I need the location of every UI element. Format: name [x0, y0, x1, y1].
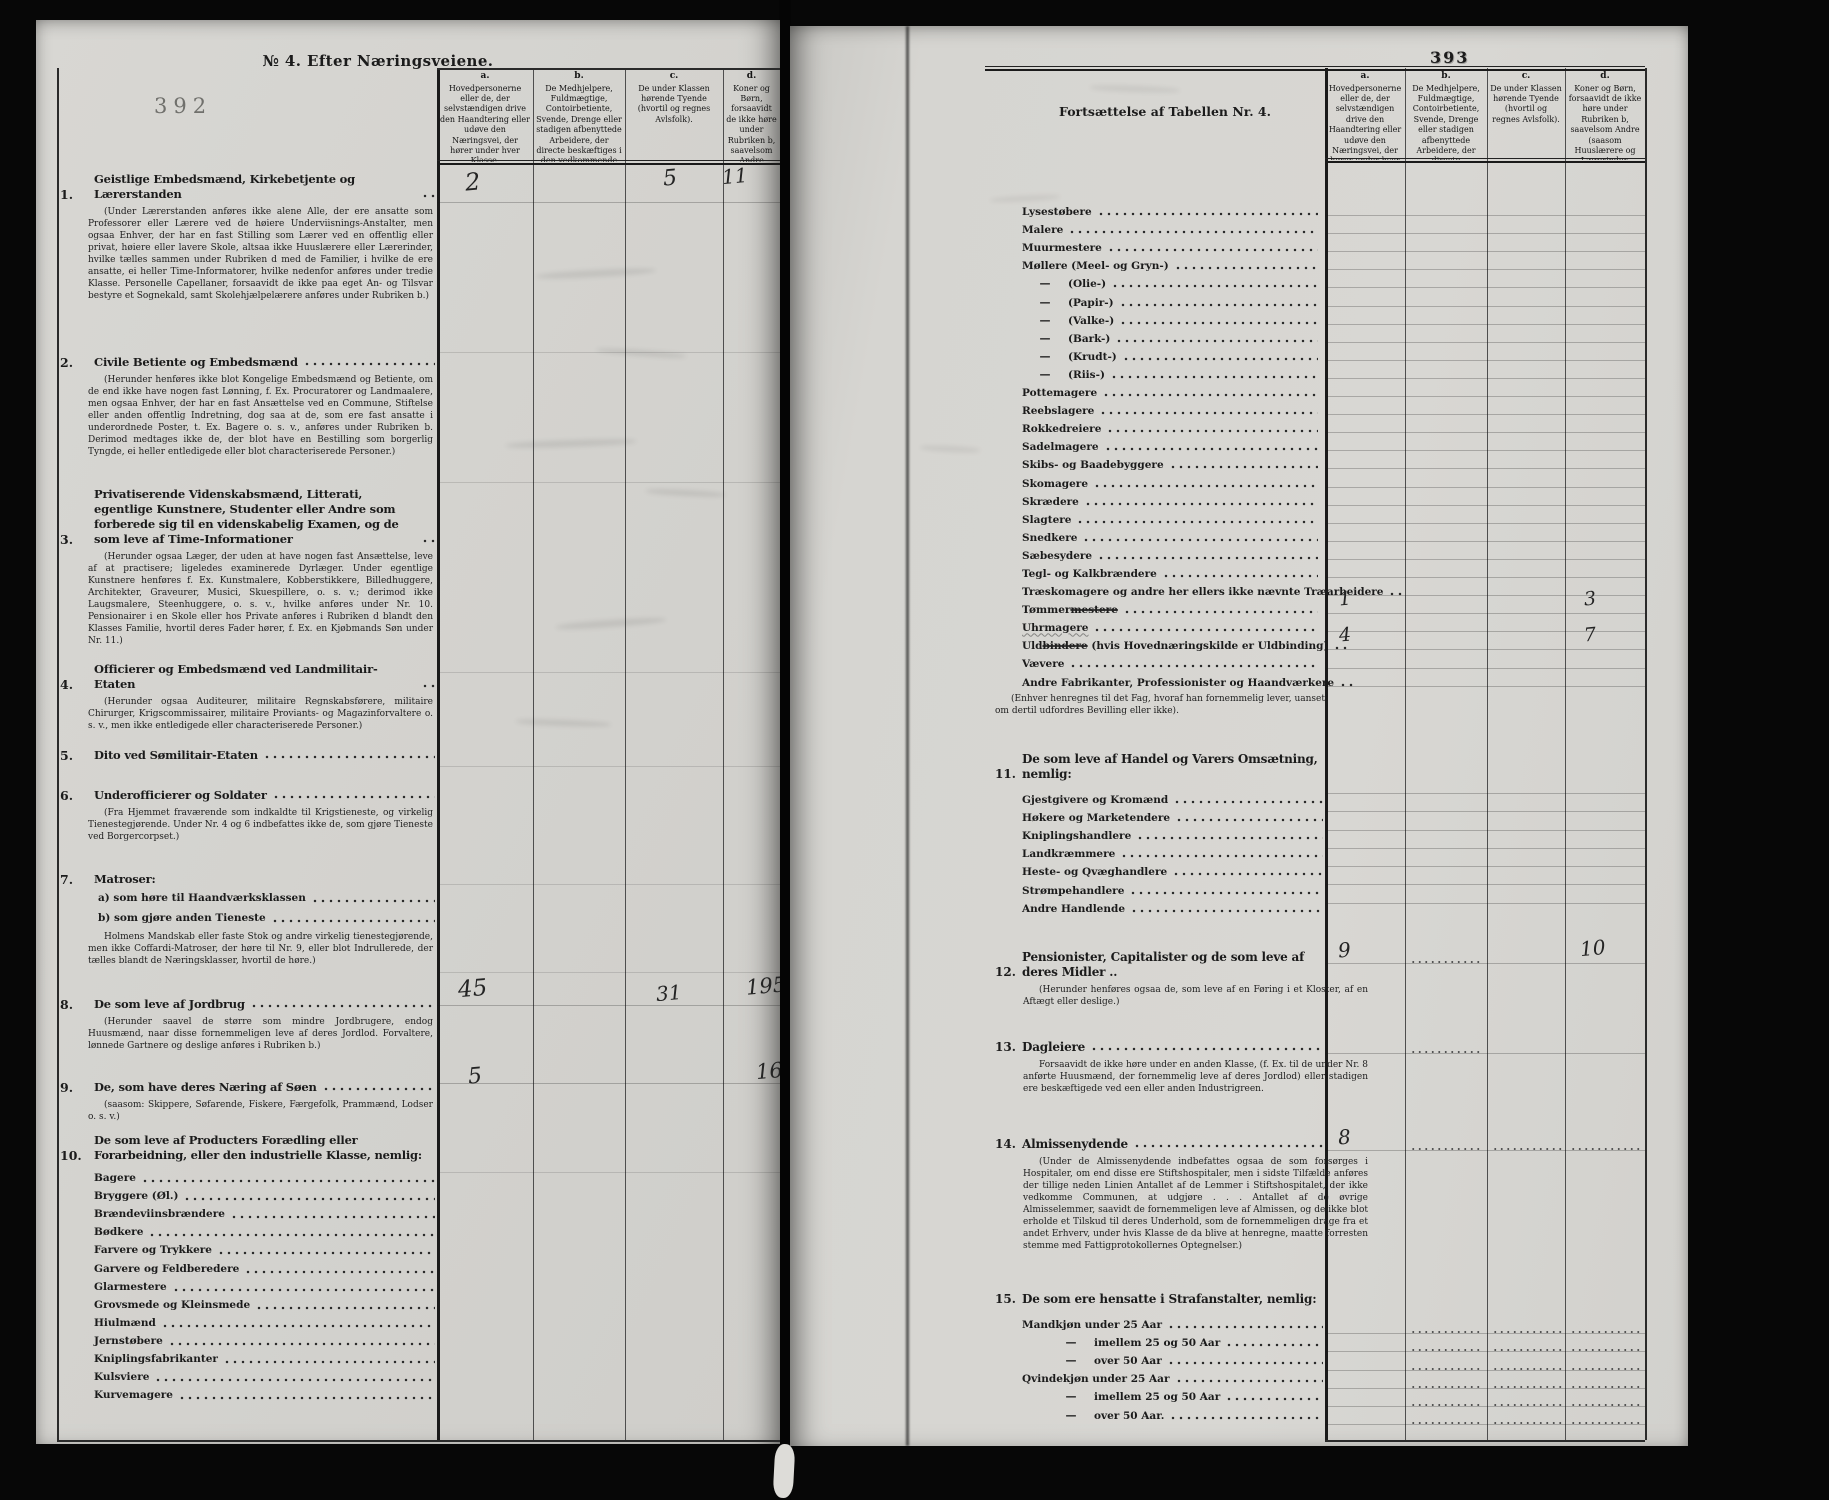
dot-leader: [1107, 245, 1318, 255]
row-line: [1325, 866, 1645, 867]
item-row: 15.De som ere hensatte i Strafanstalter,…: [995, 1292, 1325, 1424]
dot-leader: [1082, 535, 1318, 545]
dot-leader: [421, 191, 435, 201]
dot-leader: [1120, 851, 1323, 861]
column-header-text: De Medhjelpere, Fuldmægtige, Contoirbeti…: [1410, 84, 1482, 160]
row-line: [1325, 793, 1645, 794]
dot-leader: [1102, 390, 1318, 400]
dot-leader: [154, 1375, 435, 1385]
list-item: Bryggere (Øl.): [94, 1187, 437, 1205]
left-page: 392 № 4. Efter Næringsveiene. a.Hovedper…: [36, 20, 780, 1444]
item-title: Underofficierer og Soldater: [94, 788, 267, 803]
item-title: Officierer og Embedsmænd ved Landmilitai…: [94, 662, 416, 692]
row-line: [1325, 577, 1645, 578]
dot-leader: [1129, 888, 1323, 898]
sub-item-label: over 50 Aar.: [1094, 1408, 1164, 1424]
sub-item-label: Høkere og Marketendere: [1022, 810, 1170, 826]
trade-row: Lysestøbere: [1022, 202, 1320, 220]
item-title: De som leve af Jordbrug: [94, 997, 245, 1012]
ink-bleed-smudge: [556, 616, 666, 631]
dot-leader: [1090, 1044, 1323, 1054]
dotted-cell: [1492, 1383, 1562, 1391]
item-number: 9.: [60, 1080, 94, 1095]
dot-leader: [178, 1393, 435, 1403]
row-line: [437, 766, 780, 767]
page-fold-shadow: [906, 26, 909, 1446]
row-line: [437, 1172, 780, 1173]
row-line: [1325, 903, 1645, 904]
row-line: [1325, 613, 1645, 614]
dot-leader: [1104, 444, 1318, 454]
dot-leader: [1174, 263, 1318, 273]
trade-row: Sadelmagere: [1022, 437, 1320, 455]
item-note: (Under Lærerstanden anføres ikke alene A…: [88, 206, 433, 302]
row-line: [1325, 523, 1645, 524]
dotted-cell: [1570, 1419, 1640, 1427]
trade-label: Vævere: [1022, 656, 1064, 672]
dot-leader: [1175, 1376, 1324, 1386]
row-line: [437, 884, 780, 885]
dot-leader: [1172, 869, 1323, 879]
dotted-cell: [1410, 1401, 1482, 1409]
grid-hline: [437, 160, 780, 161]
dotted-cell: [1410, 1419, 1482, 1427]
sub-item: Høkere og Marketendere: [1022, 808, 1325, 826]
dot-leader: [271, 916, 435, 926]
row-line: [1325, 848, 1645, 849]
list-item-label: Hiulmænd: [94, 1315, 156, 1332]
item-title: Dagleiere: [1022, 1040, 1085, 1055]
trade-row: Skibs- og Baadebyggere: [1022, 455, 1320, 473]
column-header-letter: c.: [1490, 71, 1562, 83]
dot-leader: [1097, 209, 1318, 219]
column-header-letter: a.: [440, 71, 530, 83]
trade-row: Uhrmagere: [1022, 618, 1320, 636]
handwritten-value: 7: [1583, 624, 1597, 647]
ink-bleed-smudge: [506, 438, 636, 450]
trade-label: Reebslagere: [1022, 403, 1094, 419]
list-item: Brændeviinsbrændere: [94, 1205, 437, 1223]
row-line: [1325, 811, 1645, 812]
handwritten-value: 3: [1583, 588, 1597, 611]
ink-bleed-smudge: [536, 267, 656, 280]
sub-item-label: Strømpehandlere: [1022, 883, 1124, 899]
dot-leader: [303, 359, 435, 369]
dot-leader: [255, 1303, 435, 1313]
row-line: [1325, 378, 1645, 379]
row-line: [437, 482, 780, 483]
grid-vline: [533, 68, 534, 1440]
row-line: [1325, 342, 1645, 343]
row-line: [437, 1083, 780, 1084]
item-title-row: 12.Pensionister, Capitalister og de som …: [995, 950, 1325, 980]
trade-row: Snedkere: [1022, 528, 1320, 546]
ink-bleed-smudge: [596, 347, 686, 359]
handwritten-value: 45: [457, 975, 488, 1003]
grid-hline: [985, 66, 1645, 67]
item-row: 2.Civile Betiente og Embedsmænd(Herunder…: [60, 355, 437, 458]
column-header-text: De under Klassen hørende Tyende (hvortil…: [1490, 84, 1562, 124]
dash-mark: —: [1022, 313, 1068, 329]
dot-leader: [217, 1248, 435, 1258]
trade-label: Tømmermestere: [1022, 602, 1118, 618]
trade-note: (Enhver henregnes til det Fag, hvoraf ha…: [995, 693, 1325, 717]
dotted-cell: [1570, 1346, 1640, 1354]
item-number: 13.: [995, 1040, 1022, 1055]
item-title: Almissenydende: [1022, 1137, 1128, 1152]
trade-label: Snedkere: [1022, 530, 1077, 546]
column-header-letter: d.: [726, 71, 777, 83]
item-number: 15.: [995, 1292, 1022, 1307]
item-title-row: 7.Matroser:: [60, 872, 437, 887]
item-row: 6.Underofficierer og Soldater(Fra Hjemme…: [60, 788, 437, 843]
dot-leader: [161, 1321, 435, 1331]
trade-label: Skibs- og Baadebyggere: [1022, 457, 1164, 473]
sub-item: a) som høre til Haandværksklassen: [98, 887, 437, 907]
sub-item-label: imellem 25 og 50 Aar: [1094, 1335, 1220, 1351]
dot-leader: [421, 536, 435, 546]
trade-label: (Riis-): [1068, 367, 1105, 383]
item-row: 8.De som leve af Jordbrug(Herunder saave…: [60, 997, 437, 1052]
dot-leader: [322, 1084, 435, 1094]
item-note: Forsaavidt de ikke høre under en anden K…: [1023, 1059, 1368, 1095]
item-number: 7.: [60, 872, 94, 887]
row-line: [1325, 450, 1645, 451]
item-number: 1.: [60, 187, 94, 202]
sub-item-label: Qvindekjøn under 25 Aar: [1022, 1371, 1170, 1387]
trade-label-struck: bindere: [1043, 640, 1088, 652]
right-page-number: 393: [1430, 48, 1469, 67]
dotted-cell: [1570, 1401, 1640, 1409]
sub-list: Mandkjøn under 25 Aar—imellem 25 og 50 A…: [1022, 1315, 1325, 1424]
dot-leader: [421, 681, 435, 691]
row-line: [1325, 541, 1645, 542]
handwritten-value: 4: [1338, 624, 1352, 647]
sub-list: Gjestgivere og KromændHøkere og Marketen…: [1022, 790, 1325, 917]
dot-leader: [1133, 1141, 1323, 1151]
item-title-row: 9.De, som have deres Næring af Søen: [60, 1080, 437, 1095]
sub-item: Landkræmmere: [1022, 844, 1325, 862]
dot-leader: [1123, 607, 1318, 617]
row-line: [1325, 668, 1645, 669]
sub-item: Strømpehandlere: [1022, 880, 1325, 898]
column-header-letter: a.: [1328, 71, 1402, 83]
row-line: [1325, 306, 1645, 307]
trade-label: Træskomagere og andre her ellers ikke næ…: [1022, 584, 1383, 600]
dot-leader: [183, 1194, 435, 1204]
item-title-row: 15.De som ere hensatte i Strafanstalter,…: [995, 1292, 1325, 1307]
item-title-row: 5.Dito ved Sømilitair-Etaten: [60, 748, 437, 763]
dash-mark: —: [1022, 276, 1068, 292]
list-item-label: Grovsmede og Kleinsmede: [94, 1297, 250, 1314]
handwritten-value: 16: [755, 1058, 780, 1084]
trade-row: Pottemagere: [1022, 383, 1320, 401]
dot-leader: [1099, 408, 1318, 418]
trade-label: (Papir-): [1068, 295, 1114, 311]
dotted-cell: [1410, 1048, 1482, 1056]
handwritten-value: 195: [745, 972, 780, 999]
trade-row: Uldbindere (hvis Hovednæringskilde er Ul…: [1022, 636, 1320, 654]
item-title: De, som have deres Næring af Søen: [94, 1080, 317, 1095]
item-note: (Herunder saavel de større som mindre Jo…: [88, 1016, 433, 1052]
list-item-label: Jernstøbere: [94, 1333, 163, 1350]
grid-hline: [437, 68, 780, 70]
ink-bleed-smudge: [646, 488, 726, 498]
dot-leader: [263, 752, 435, 762]
row-line: [1325, 649, 1645, 650]
list-item: Kurvemagere: [94, 1386, 437, 1404]
dotted-cell: [1492, 1328, 1562, 1336]
handwritten-value: 5: [662, 165, 678, 191]
list-item: Glarmestere: [94, 1278, 437, 1296]
dot-leader: [1068, 227, 1318, 237]
dot-leader: [1115, 336, 1318, 346]
trade-label: Uhrmagere: [1022, 620, 1088, 636]
sub-item: —imellem 25 og 50 Aar: [1022, 1387, 1325, 1405]
item-note: (Herunder ogsaa Læger, der uden at have …: [88, 551, 433, 647]
item-row: 13.DagleiereForsaavidt de ikke høre unde…: [995, 1040, 1325, 1095]
dot-leader: [1169, 462, 1318, 472]
handwritten-value: 31: [655, 980, 682, 1006]
item-note: (Under de Almissenydende indbefattes ogs…: [1023, 1156, 1368, 1252]
item-number: 14.: [995, 1137, 1022, 1152]
list-item-label: Farvere og Trykkere: [94, 1242, 212, 1259]
trade-row: —(Olie-): [1022, 274, 1320, 292]
list-item-label: Kurvemagere: [94, 1387, 173, 1404]
item-title-row: 3.Privatiserende Videnskabsmænd, Littera…: [60, 487, 437, 547]
left-page-number: 392: [154, 94, 212, 118]
item-number: 3.: [60, 532, 94, 547]
column-header-text: Koner og Børn, forsaavidt de ikke høre u…: [726, 84, 776, 162]
list-item: Kniplingsfabrikanter: [94, 1350, 437, 1368]
list-item: Garvere og Feldberedere: [94, 1259, 437, 1277]
item-row: 5.Dito ved Sømilitair-Etaten: [60, 748, 437, 763]
dash-mark: —: [1022, 367, 1068, 383]
dash-mark: —: [1022, 331, 1068, 347]
list-item-label: Bryggere (Øl.): [94, 1188, 178, 1205]
dot-leader: [1175, 815, 1323, 825]
item-row: 12.Pensionister, Capitalister og de som …: [995, 950, 1325, 1008]
dotted-cell: [1410, 1365, 1482, 1373]
item-row: 7.Matroser:a) som høre til Haandværkskla…: [60, 872, 437, 967]
row-line: [1325, 830, 1645, 831]
item-number: 2.: [60, 355, 94, 370]
item-number: 8.: [60, 997, 94, 1012]
row-line: [437, 202, 780, 203]
trade-row: Andre Fabrikanter, Professionister og Ha…: [1022, 672, 1320, 690]
trade-row: Møllere (Meel- og Gryn-): [1022, 256, 1320, 274]
dotted-cell: [1410, 1346, 1482, 1354]
item-title: Civile Betiente og Embedsmænd: [94, 355, 298, 370]
trade-list: LysestøbereMalereMuurmestereMøllere (Mee…: [1022, 202, 1320, 691]
sub-item-label: over 50 Aar: [1094, 1353, 1162, 1369]
trade-row: Sæbesydere: [1022, 546, 1320, 564]
sub-item: Qvindekjøn under 25 Aar: [1022, 1369, 1325, 1387]
item-note: (Herunder ogsaa Auditeurer, militaire Re…: [88, 696, 433, 732]
dash-mark: —: [1048, 1335, 1094, 1351]
item-title-row: 8.De som leve af Jordbrug: [60, 997, 437, 1012]
item-title-row: 11.De som leve af Handel og Varers Omsæt…: [995, 752, 1325, 782]
dotted-cell: [1570, 1365, 1640, 1373]
item-row: 1.Geistlige Embedsmænd, Kirkebetjente og…: [60, 172, 437, 302]
sub-item-label: Gjestgivere og Kromænd: [1022, 792, 1168, 808]
sub-item: —over 50 Aar: [1022, 1351, 1325, 1369]
column-header-d: d.Koner og Børn, forsaavidt de ikke høre…: [723, 68, 780, 162]
dot-leader: [223, 1357, 435, 1367]
list-item-label: Bagere: [94, 1170, 136, 1187]
dot-leader: [1136, 833, 1323, 843]
dot-leader: [1119, 300, 1318, 310]
dotted-cell: [1492, 1419, 1562, 1427]
dot-leader: [1169, 1413, 1323, 1423]
trade-row: Slagtere: [1022, 510, 1320, 528]
grid-hline: [1325, 1440, 1645, 1442]
column-header-c: c.De under Klassen hørende Tyende (hvort…: [1487, 68, 1565, 160]
trade-row: —(Valke-): [1022, 311, 1320, 329]
dot-leader: [1069, 661, 1318, 671]
row-line: [437, 972, 780, 973]
dot-leader: [1225, 1340, 1323, 1350]
column-header-d: d.Koner og Børn, forsaavidt de ikke høre…: [1565, 68, 1645, 160]
list-item: Bagere: [94, 1169, 437, 1187]
trade-row: Malere: [1022, 220, 1320, 238]
item-title-row: 2.Civile Betiente og Embedsmænd: [60, 355, 437, 370]
list-item: Jernstøbere: [94, 1332, 437, 1350]
trade-label-pre: Tømmer: [1022, 604, 1070, 616]
dotted-cell: [1570, 1145, 1640, 1153]
dot-leader: [1167, 1358, 1323, 1368]
item-number: 11.: [995, 767, 1022, 782]
dot-leader: [1225, 1394, 1323, 1404]
dotted-cell: [1492, 1145, 1562, 1153]
handwritten-value: 1: [1338, 588, 1352, 611]
dot-leader: [1122, 354, 1318, 364]
dot-leader: [1093, 481, 1318, 491]
trade-note-text: (Enhver henregnes til det Fag, hvoraf ha…: [995, 693, 1325, 717]
dot-leader: [1106, 426, 1318, 436]
trade-label: Sæbesydere: [1022, 548, 1092, 564]
item-note: (Herunder henføres ikke blot Kongelige E…: [88, 374, 433, 458]
trade-row: Træskomagere og andre her ellers ikke næ…: [1022, 582, 1320, 600]
grid-hline: [985, 69, 1645, 71]
list-item: Grovsmede og Kleinsmede: [94, 1296, 437, 1314]
row-line: [437, 1005, 780, 1006]
trade-label-post: (hvis Hovednæringskilde er Uldbinding): [1088, 640, 1329, 652]
sub-item: Andre Handlende: [1022, 899, 1325, 917]
dot-leader: [1339, 680, 1353, 690]
trade-row: —(Riis-): [1022, 365, 1320, 383]
row-line: [437, 672, 780, 673]
column-header-a: a.Hovedpersonerne eller de, der selvstæn…: [1325, 68, 1405, 160]
trade-label: Slagtere: [1022, 512, 1071, 528]
column-header-letter: b.: [536, 71, 622, 83]
dot-leader: [141, 1176, 435, 1186]
item-row: 9.De, som have deres Næring af Søen(saas…: [60, 1080, 437, 1123]
grid-hline: [1325, 161, 1645, 163]
item-note: Holmens Mandskab eller faste Stok og and…: [88, 931, 433, 967]
row-line: [1325, 233, 1645, 234]
dash-mark: —: [1022, 295, 1068, 311]
item-title: De som ere hensatte i Strafanstalter, ne…: [1022, 1292, 1316, 1307]
trade-row: Reebslagere: [1022, 401, 1320, 419]
trade-label: Pottemagere: [1022, 385, 1097, 401]
column-header-c: c.De under Klassen hørende Tyende (hvort…: [625, 68, 723, 162]
trade-row: Skrædere: [1022, 492, 1320, 510]
item-title: Pensionister, Capitalister og de som lev…: [1022, 950, 1325, 980]
row-line: [1325, 559, 1645, 560]
trade-row: —(Bark-): [1022, 329, 1320, 347]
trade-label: Skrædere: [1022, 494, 1079, 510]
row-line: [1325, 1053, 1645, 1054]
row-line: [1325, 287, 1645, 288]
item-title-row: 14.Almissenydende: [995, 1137, 1325, 1152]
list-item-label: Kniplingsfabrikanter: [94, 1351, 218, 1368]
dot-leader: [1084, 499, 1318, 509]
handwritten-value: 10: [1579, 935, 1606, 961]
trade-row: —(Krudt-): [1022, 347, 1320, 365]
trade-label: (Valke-): [1068, 313, 1114, 329]
item-title: De som leve af Handel og Varers Omsætnin…: [1022, 752, 1325, 782]
dot-leader: [172, 1285, 435, 1295]
dash-mark: —: [1022, 349, 1068, 365]
trade-label: (Bark-): [1068, 331, 1110, 347]
row-line: [1325, 251, 1645, 252]
item-row: 10.De som leve af Producters Forædling e…: [60, 1133, 437, 1404]
item-number: 10.: [60, 1148, 94, 1163]
list-item-label: Brændeviinsbrændere: [94, 1206, 225, 1223]
trade-row: —(Papir-): [1022, 292, 1320, 310]
row-line: [1325, 963, 1645, 964]
row-line: [1325, 324, 1645, 325]
item-title: De som leve af Producters Forædling elle…: [94, 1133, 437, 1163]
dotted-cell: [1492, 1365, 1562, 1373]
grid-vline: [1565, 68, 1566, 1440]
industry-list: BagereBryggere (Øl.)BrændeviinsbrændereB…: [60, 1169, 437, 1404]
row-line: [1325, 414, 1645, 415]
list-item-label: Bødkere: [94, 1224, 143, 1241]
sub-item-label: Andre Handlende: [1022, 901, 1125, 917]
item-title-row: 4.Officierer og Embedsmænd ved Landmilit…: [60, 662, 437, 692]
item-row: 11.De som leve af Handel og Varers Omsæt…: [995, 752, 1325, 917]
item-title-row: 1.Geistlige Embedsmænd, Kirkebetjente og…: [60, 172, 437, 202]
item-note: (saasom: Skippere, Søfarende, Fiskere, F…: [88, 1099, 433, 1123]
item-row: 4.Officierer og Embedsmænd ved Landmilit…: [60, 662, 437, 732]
trade-label: Skomagere: [1022, 476, 1088, 492]
item-number: 6.: [60, 788, 94, 803]
grid-hline: [57, 1440, 780, 1442]
trade-label: Uldbindere (hvis Hovednæringskilde er Ul…: [1022, 638, 1328, 654]
list-item: Bødkere: [94, 1223, 437, 1241]
dotted-cell: [1410, 1145, 1482, 1153]
dot-leader: [1097, 553, 1318, 563]
dot-leader: [250, 1001, 435, 1011]
dot-leader: [148, 1230, 435, 1240]
sub-item: —imellem 25 og 50 Aar: [1022, 1333, 1325, 1351]
list-item-label: Garvere og Feldberedere: [94, 1261, 239, 1278]
sub-item-label: Heste- og Qvæghandlere: [1022, 864, 1167, 880]
sub-item: Heste- og Qvæghandlere: [1022, 862, 1325, 880]
item-title-row: 13.Dagleiere: [995, 1040, 1325, 1055]
column-header-text: Koner og Børn, forsaavidt de ikke høre u…: [1569, 84, 1642, 160]
item-title: Geistlige Embedsmænd, Kirkebetjente og L…: [94, 172, 416, 202]
ink-bleed-smudge: [516, 718, 611, 727]
dot-leader: [1119, 318, 1318, 328]
spine-mark: [773, 1444, 796, 1499]
sub-item: Mandkjøn under 25 Aar: [1022, 1315, 1325, 1333]
sub-item-label: Mandkjøn under 25 Aar: [1022, 1317, 1162, 1333]
trade-label: (Krudt-): [1068, 349, 1117, 365]
trade-row: Skomagere: [1022, 473, 1320, 491]
